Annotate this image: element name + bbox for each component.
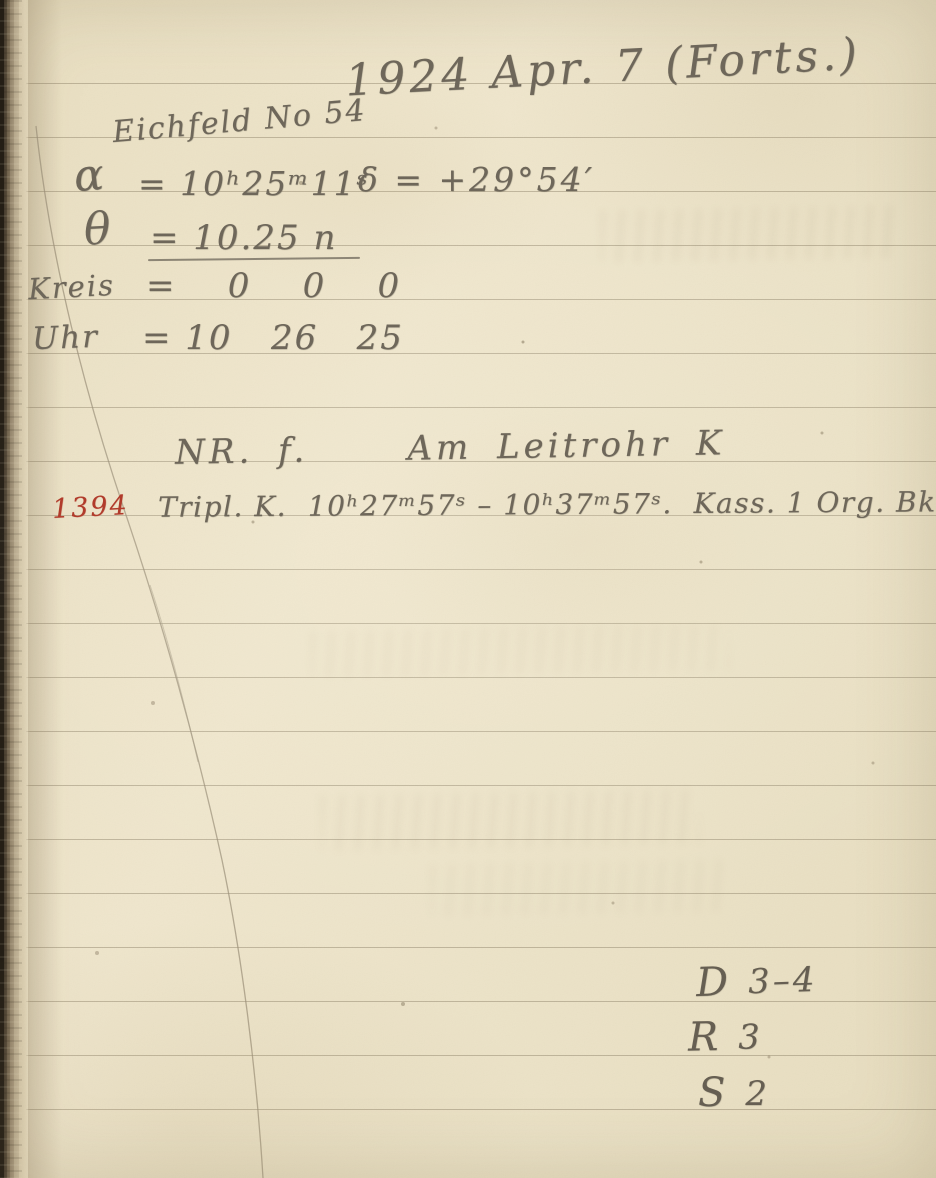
binding-texture <box>0 0 22 1178</box>
kreis-value: = 0 0 0 <box>146 266 401 306</box>
delta-value: δ = +29°54′ <box>358 160 595 199</box>
rating-ruhe: R 3 <box>688 1013 764 1060</box>
exposure-details: Tripl. K. 10ʰ27ᵐ57ˢ – 10ʰ37ᵐ57ˢ. Kass. 1… <box>158 485 936 524</box>
rating-label: D <box>695 959 729 1006</box>
rating-label: S <box>698 1070 725 1116</box>
alpha-value: = 10ʰ25ᵐ11ˢ <box>138 164 370 203</box>
rating-label: R <box>688 1014 719 1061</box>
notebook-page: 1924 Apr. 7 (Forts.) Eichfeld No 54 α = … <box>0 0 936 1178</box>
paper-specks <box>0 0 2 2</box>
rating-value: 3–4 <box>747 956 818 1004</box>
rating-value: 3 <box>738 1013 763 1059</box>
rating-value: 2 <box>745 1070 770 1116</box>
rating-durchsicht: D 3–4 <box>695 956 818 1006</box>
rating-schaerfe: S 2 <box>698 1070 770 1116</box>
alpha-symbol: α <box>72 149 107 202</box>
theta-value: = 10.25 n <box>150 218 337 258</box>
uhr-label: Uhr <box>31 319 99 357</box>
gutter-shadow <box>28 0 62 1178</box>
kreis-label: Kreis <box>27 268 116 306</box>
theta-symbol: θ <box>83 203 114 255</box>
uhr-value: = 10 26 25 <box>142 318 404 358</box>
plate-number: 1394 <box>51 490 129 525</box>
